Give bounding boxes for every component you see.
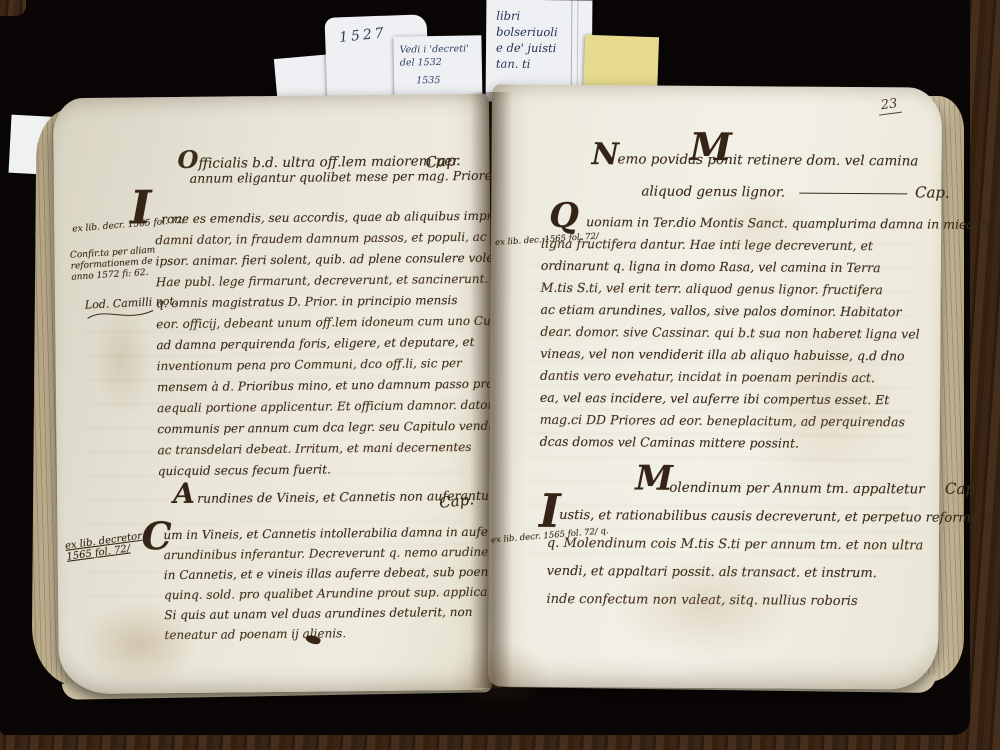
stray-letter-m: M: [690, 132, 732, 163]
manuscript-line: inde confectum non valeat, sitq. nullius…: [546, 586, 995, 617]
cap-label: Cap.: [438, 490, 475, 512]
margin-signature: Lod. Camilli not.: [85, 295, 179, 322]
cap-label: Cap.: [945, 480, 980, 498]
manuscript-line: ligna fructifera dantur. Hae inti lege d…: [541, 233, 990, 258]
manuscript-line: ac etiam arundines, vallos, sive palos d…: [540, 299, 989, 324]
margin-note: Confir.ta per aliamreformationem deanno …: [70, 244, 172, 283]
manuscript-line: ea, vel eas incidere, vel auferre ibi co…: [540, 387, 989, 412]
page-number: 23: [877, 96, 902, 116]
table-wood-corner: [0, 0, 26, 16]
cap-label: Cap.: [915, 183, 950, 201]
manuscript-line: dear. domor. sive Cassinar. qui b.t sua …: [540, 321, 989, 346]
chapter-body: um in Vineis, et Cannetis intollerabilia…: [163, 521, 527, 645]
heading-initial: A: [173, 483, 195, 506]
chapter-heading-line: emo povidas ponit retinere dom. vel cami…: [618, 151, 919, 169]
slip-line: del 1532: [400, 55, 469, 69]
margin-note: ex lib. decretor1565 fol. 72/: [64, 531, 144, 563]
slip-handwriting: libribolseriuolie de' juistitan. ti: [496, 8, 558, 73]
slip-line: tan. ti: [496, 56, 558, 73]
filler-dash: [799, 193, 907, 195]
chapter-body: uoniam in Ter.dio Montis Sanct. quamplur…: [540, 211, 990, 456]
manuscript-line: ustis, et rationabilibus causis decrever…: [547, 502, 996, 533]
slip-line: 1535: [416, 73, 469, 87]
right-page: 23 N emo povidas ponit retinere dom. vel…: [488, 84, 942, 689]
slip-line: Vedi i 'decreti': [399, 42, 468, 56]
heading-text: olendinum per Annum tm. appaltetur: [669, 480, 924, 498]
chapter-heading-line: olendinum per Annum tm. appaltetur Cap.: [669, 478, 980, 498]
manuscript-line: quinq. sold. pro qualibet Arundine prout…: [164, 581, 527, 605]
manuscript-line: q. Molendinum cois M.tis S.ti per annum …: [547, 530, 996, 561]
manuscript-line: dcas domos vel Caminas mittere possint.: [540, 431, 989, 456]
left-page: Officialis b.d. ultra off.lem maiorem pe…: [53, 94, 495, 695]
manuscript-line: teneatur ad poenam ij alienis.: [164, 621, 527, 645]
heading-initial: M: [635, 465, 673, 492]
signature-text: Lod. Camilli not.: [85, 294, 178, 311]
manuscript-line: uoniam in Ter.dio Montis Sanct. quamplur…: [541, 211, 990, 236]
slip-line: e de' juisti: [496, 40, 558, 57]
slip-line: bolseriuoli: [496, 24, 558, 41]
slip-handwriting: Vedi i 'decreti'del 15321535: [399, 42, 469, 87]
manuscript-photo: Ulidai 1527 Vedi i 'decreti'del 15321535…: [0, 0, 1000, 750]
manuscript-line: ordinarunt q. ligna in domo Rasa, vel ca…: [541, 255, 990, 280]
manuscript-line: M.tis S.ti, vel erit terr. aliquod genus…: [541, 277, 990, 302]
chapter-heading-line: annum eligantur quolibet mese per mag. P…: [190, 168, 499, 186]
manuscript-line: vineas, vel non vendiderit illa ab aliqu…: [540, 343, 989, 368]
manuscript-line: mag.ci DD Priores ad eor. beneplacitum, …: [540, 409, 989, 434]
chapter-body: ustis, et rationabilibus causis decrever…: [546, 502, 995, 617]
slip-line: libri: [496, 8, 558, 25]
manuscript-line: vendi, et appaltari possit. als transact…: [547, 558, 996, 589]
manuscript-line: dantis vero evehatur, incidat in poenam …: [540, 365, 989, 390]
slip-handwriting: 1527: [339, 27, 388, 45]
heading-initial: N: [592, 143, 620, 167]
chapter-heading-line: aliquod genus lignor.Cap.: [641, 181, 950, 201]
heading-text: aliquod genus lignor.: [641, 183, 785, 200]
